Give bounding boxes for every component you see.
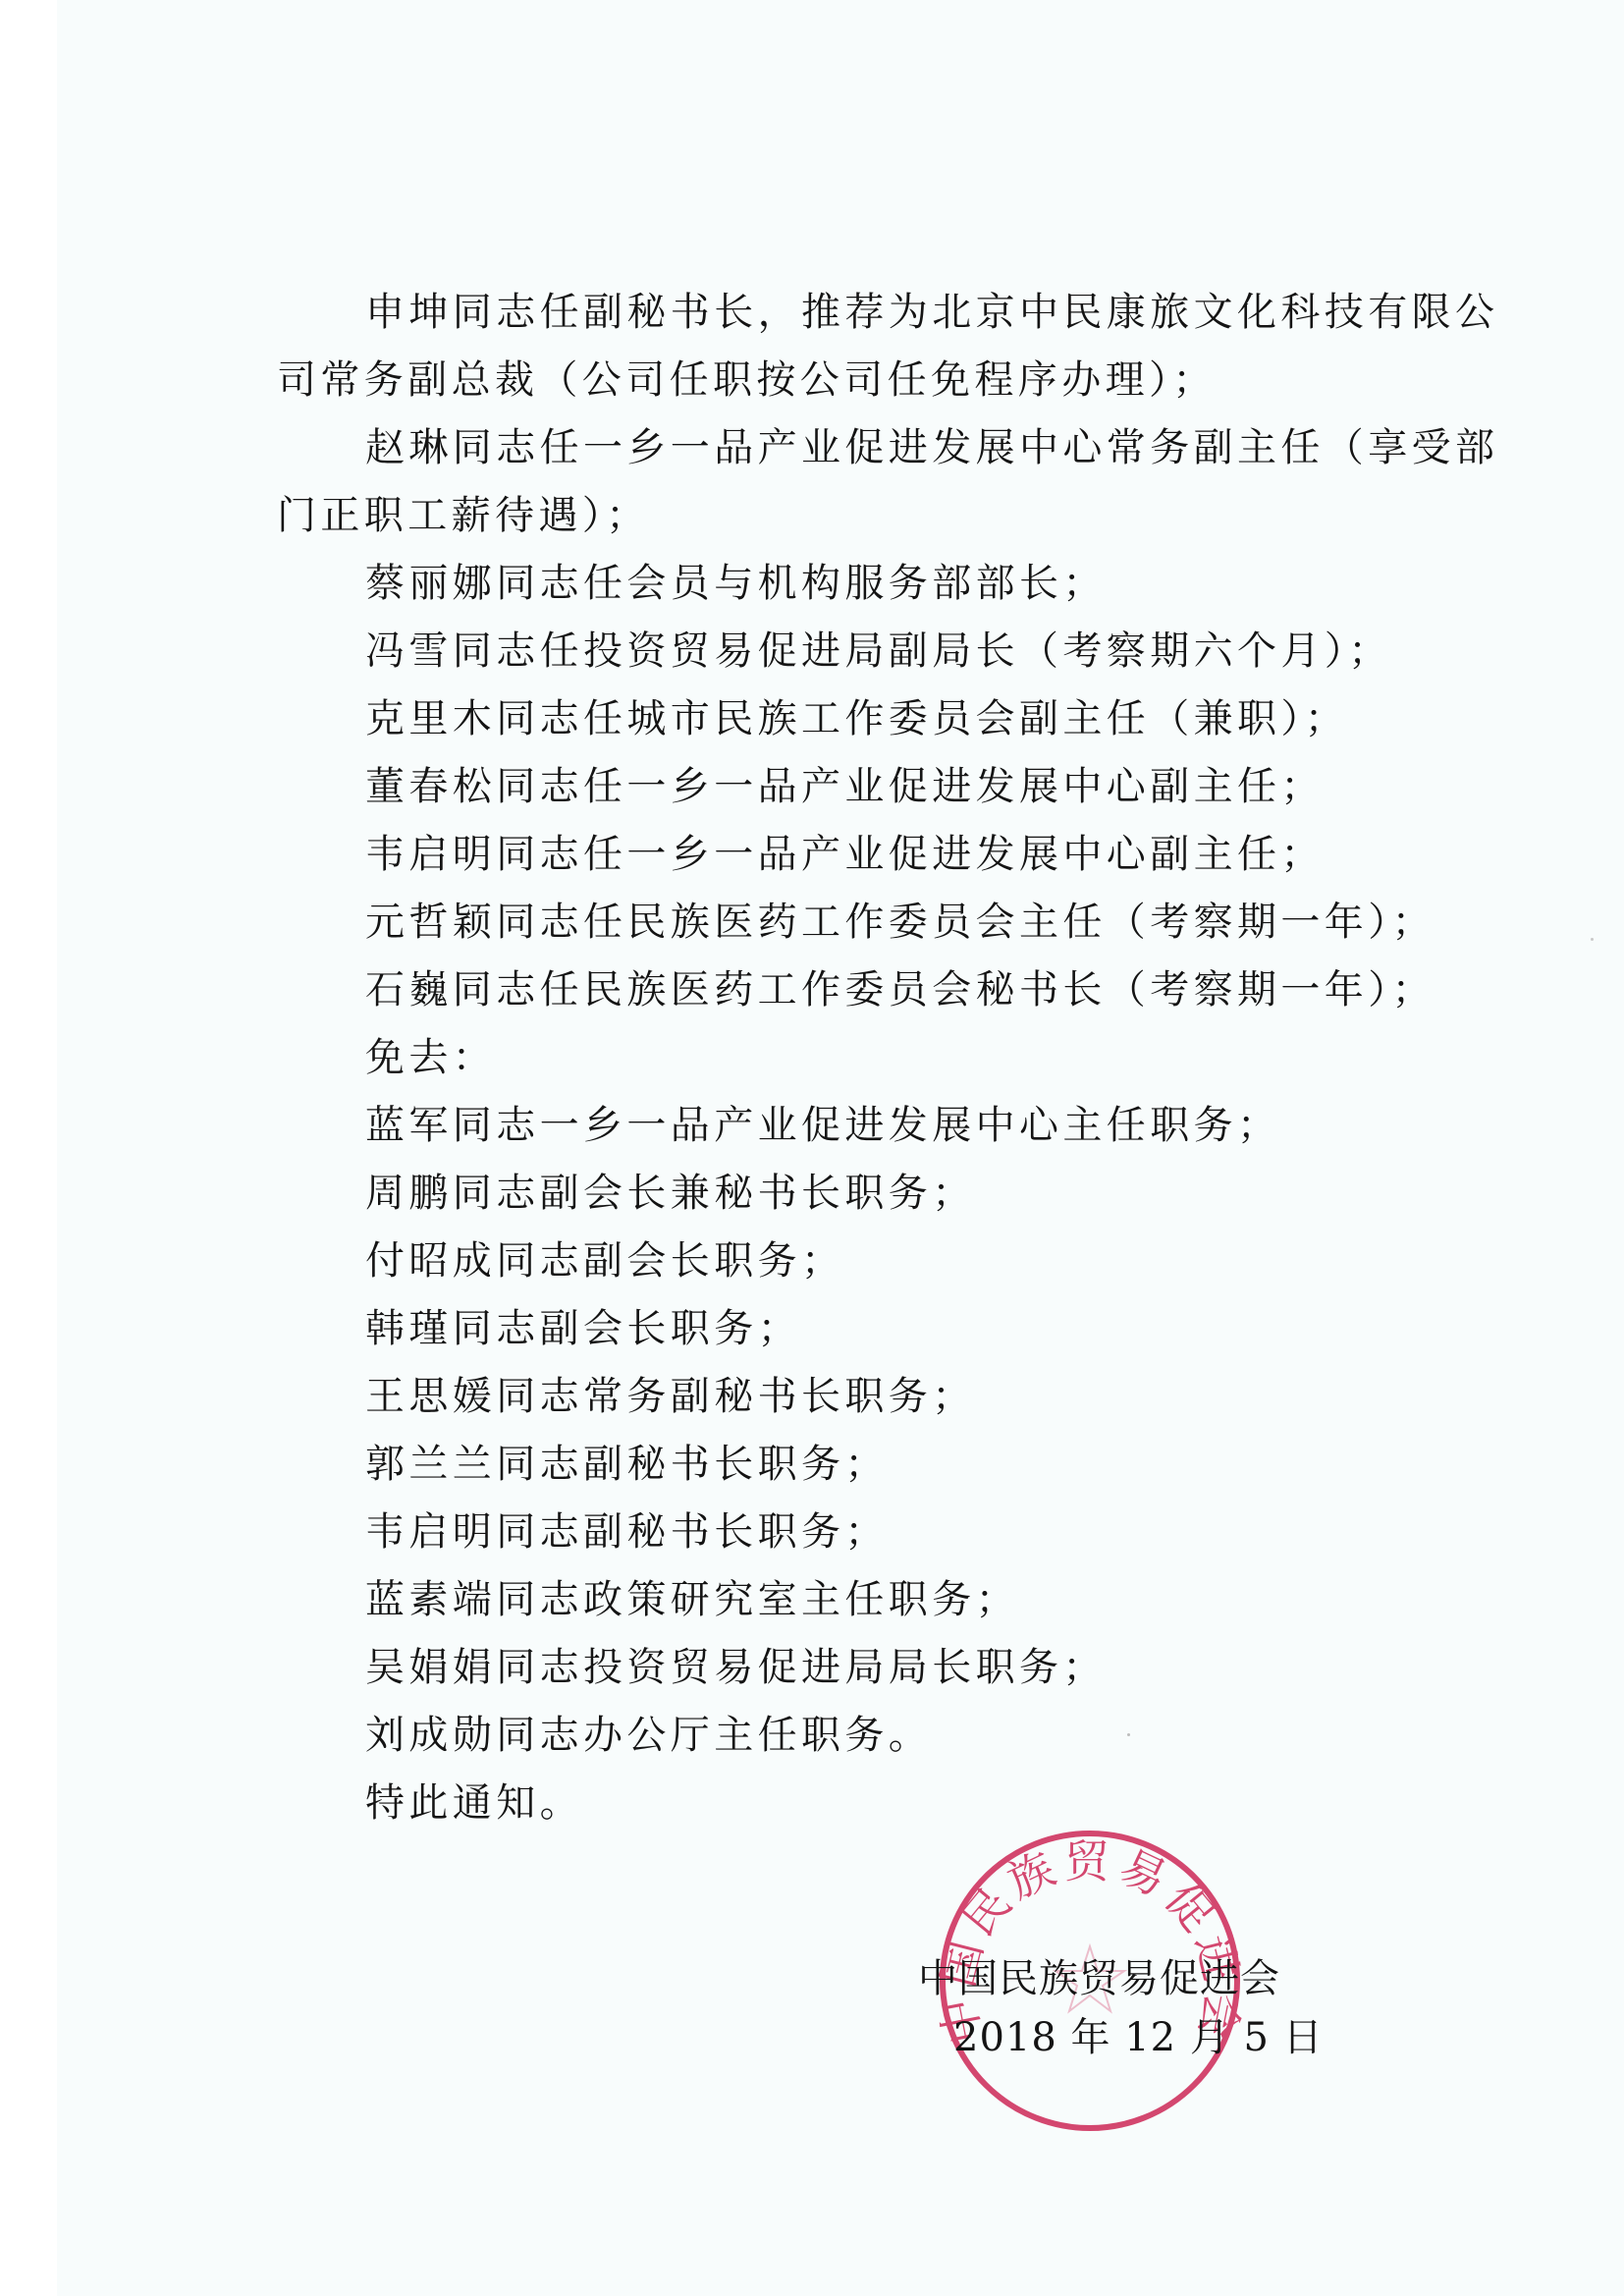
scan-speck <box>1591 938 1594 941</box>
paragraph-appointment-shi-wei: 石巍同志任民族医药工作委员会秘书长（考察期一年）； <box>277 957 1504 1024</box>
paragraph-appointment-wei-qiming: 韦启明同志任一乡一品产业促进发展中心副主任； <box>277 821 1504 889</box>
section-heading-dismissals: 免去： <box>277 1024 1504 1092</box>
document-body: 申坤同志任副秘书长，推荐为北京中民康旅文化科技有限公司常务副总裁（公司任职按公司… <box>277 279 1504 1837</box>
paragraph-appointment-feng-xue: 冯雪同志任投资贸易促进局副局长（考察期六个月）； <box>277 618 1504 685</box>
scan-speck <box>1127 1733 1130 1736</box>
paragraph-dismissal-wang-siyuan: 王思媛同志常务副秘书长职务； <box>277 1363 1504 1431</box>
signing-date: 2018 年 12 月 5 日 <box>918 2008 1330 2067</box>
closing-notice: 特此通知。 <box>277 1770 1504 1837</box>
paragraph-dismissal-lan-jun: 蓝军同志一乡一品产业促进发展中心主任职务； <box>277 1092 1504 1160</box>
paragraph-dismissal-zhou-peng: 周鹏同志副会长兼秘书长职务； <box>277 1160 1504 1228</box>
paragraph-appointment-shen-kun: 申坤同志任副秘书长，推荐为北京中民康旅文化科技有限公司常务副总裁（公司任职按公司… <box>277 279 1504 414</box>
paragraph-appointment-cai-lina: 蔡丽娜同志任会员与机构服务部部长； <box>277 550 1504 618</box>
paragraph-appointment-yuan-zheying: 元哲颖同志任民族医药工作委员会主任（考察期一年）； <box>277 889 1504 957</box>
signing-organization: 中国民族贸易促进会 <box>918 1949 1330 2008</box>
paragraph-dismissal-fu-zhaocheng: 付昭成同志副会长职务； <box>277 1228 1504 1295</box>
paragraph-dismissal-wu-juanjuan: 吴娟娟同志投资贸易促进局局长职务； <box>277 1634 1504 1702</box>
signature-block: 中国民族贸易促进会 2018 年 12 月 5 日 <box>918 1949 1330 2067</box>
paragraph-dismissal-lan-suduan: 蓝素端同志政策研究室主任职务； <box>277 1566 1504 1634</box>
paragraph-dismissal-liu-chengxun: 刘成勋同志办公厅主任职务。 <box>277 1702 1504 1770</box>
paragraph-dismissal-wei-qiming: 韦启明同志副秘书长职务； <box>277 1499 1504 1566</box>
scan-margin <box>0 0 57 2296</box>
paragraph-dismissal-han-jin: 韩瑾同志副会长职务； <box>277 1295 1504 1363</box>
paragraph-appointment-zhao-lin: 赵琳同志任一乡一品产业促进发展中心常务副主任（享受部门正职工薪待遇）； <box>277 414 1504 550</box>
paragraph-dismissal-guo-lanlan: 郭兰兰同志副秘书长职务； <box>277 1431 1504 1499</box>
paragraph-appointment-dong-chunsong: 董春松同志任一乡一品产业促进发展中心副主任； <box>277 753 1504 821</box>
paragraph-appointment-kelimu: 克里木同志任城市民族工作委员会副主任（兼职）； <box>277 685 1504 753</box>
